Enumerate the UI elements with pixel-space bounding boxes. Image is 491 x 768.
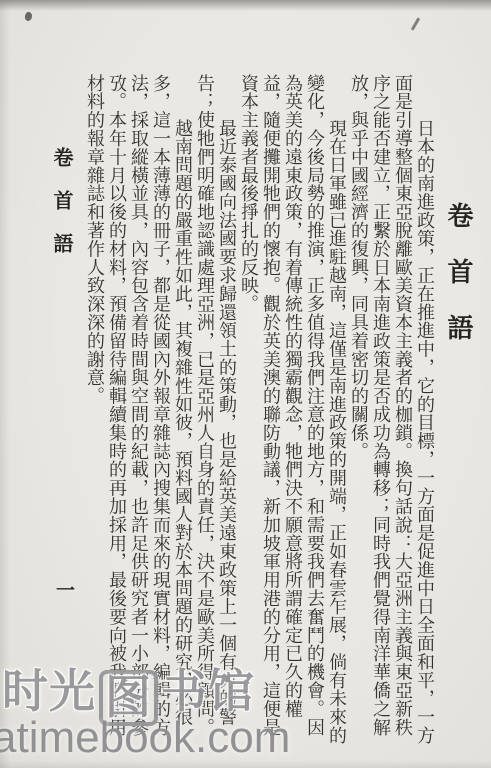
paragraph-2: 現在日軍雖已進駐越南，這僅是南進政策的開端，正如春雲乍展，倘有未來的變化，今後局… (238, 74, 348, 746)
body-text: 日本的南進政策，正在推進中，它的目標，一方面是促進中日全面和平，一方面是引導整個… (84, 74, 436, 746)
scan-shadow-left (0, 0, 10, 768)
scan-shadow-top (0, 0, 491, 11)
ink-speck (411, 17, 421, 31)
book-page-scan: 卷首語 日本的南進政策，正在推進中，它的目標，一方面是促進中日全面和平，一方面是… (0, 0, 491, 768)
paragraph-3: 最近泰國向法國要求歸還領土的策動，也是給英美遠東政策上一個有力的警告；使牠們明確… (194, 74, 238, 746)
paragraph-1: 日本的南進政策，正在推進中，它的目標，一方面是促進中日全面和平，一方面是引導整個… (348, 74, 436, 746)
ink-speck (24, 11, 33, 22)
page-number: 一 (50, 580, 77, 599)
watermark-text-left: 时光 (2, 665, 96, 717)
paragraph-4: 越南問題的嚴重性如此，其複雜性如彼，預料國人對於本問題的研究，必很多，這一本薄薄… (84, 74, 194, 746)
website-url-watermark: atimebook.com (0, 713, 290, 763)
page-title: 卷首語 (440, 202, 477, 382)
watermark-text-right: 书馆 (161, 665, 255, 717)
margin-running-title: 卷首語 (47, 147, 76, 276)
